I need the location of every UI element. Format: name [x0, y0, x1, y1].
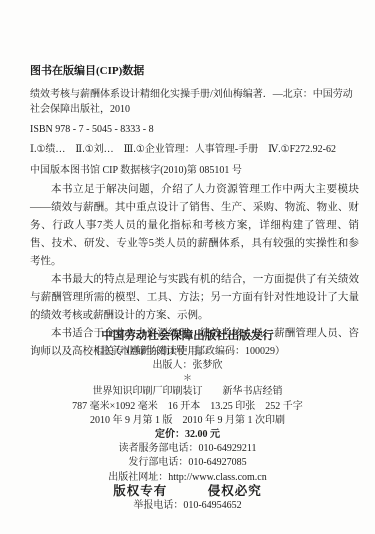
- edition-line: 2010 年 9 月第 1 版 2010 年 9 月第 1 次印刷: [0, 415, 375, 426]
- publisher-address-line: （北京市惠新东街1号 邮政编码：100029）: [0, 346, 375, 357]
- price-line: 定价：32.00 元: [0, 429, 375, 440]
- cip-record-number: 中国版本图书馆 CIP 数据核字(2010)第 085101 号: [30, 163, 357, 179]
- website-line: 出版社网址：http://www.class.com.cn: [0, 472, 375, 483]
- cip-heading: 图书在版编目(CIP)数据: [30, 64, 357, 80]
- colophon-block: 中国劳动社会保障出版社出版发行 （北京市惠新东街1号 邮政编码：100029） …: [0, 331, 375, 514]
- cip-classification: Ⅰ.①绩… Ⅱ.①刘… Ⅲ.①企业管理：人事管理-手册 Ⅳ.①F272.92-6…: [30, 142, 357, 158]
- abstract-paragraph: 本书最大的特点是理论与实践有机的结合，一方面提供了有关绩效与薪酬管理所需的模型、…: [30, 271, 359, 325]
- copyright-notice-line: 版权专有 侵权必究: [0, 486, 375, 497]
- cip-entry: 绩效考核与薪酬体系设计精细化实操手册/刘仙梅编著．—北京：中国劳动社会保障出版社…: [30, 87, 357, 118]
- publisher-line: 中国劳动社会保障出版社出版发行: [0, 331, 375, 342]
- book-copyright-page: 图书在版编目(CIP)数据 绩效考核与薪酬体系设计精细化实操手册/刘仙梅编著．—…: [0, 0, 375, 534]
- cip-isbn: ISBN 978 - 7 - 5045 - 8333 - 8: [30, 122, 357, 138]
- cip-block: 图书在版编目(CIP)数据 绩效考核与薪酬体系设计精细化实操手册/刘仙梅编著．—…: [30, 64, 357, 183]
- reader-phone-line: 读者服务部电话：010-64929211: [0, 443, 375, 454]
- asterisk-separator: ＊: [0, 374, 375, 383]
- printer-line: 世界知识印刷厂印刷装订 新华书店经销: [0, 386, 375, 397]
- format-line: 787 毫米×1092 毫米 16 开本 13.25 印张 252 千字: [0, 401, 375, 412]
- abstract-paragraph: 本书立足于解决问题，介绍了人力资源管理工作中两大主要模块——绩效与薪酬。其中重点…: [30, 181, 359, 271]
- distribution-phone-line: 发行部电话：010-64927085: [0, 457, 375, 468]
- report-phone-line: 举报电话：010-64954652: [0, 500, 375, 511]
- issuer-line: 出版人：张梦欣: [0, 360, 375, 371]
